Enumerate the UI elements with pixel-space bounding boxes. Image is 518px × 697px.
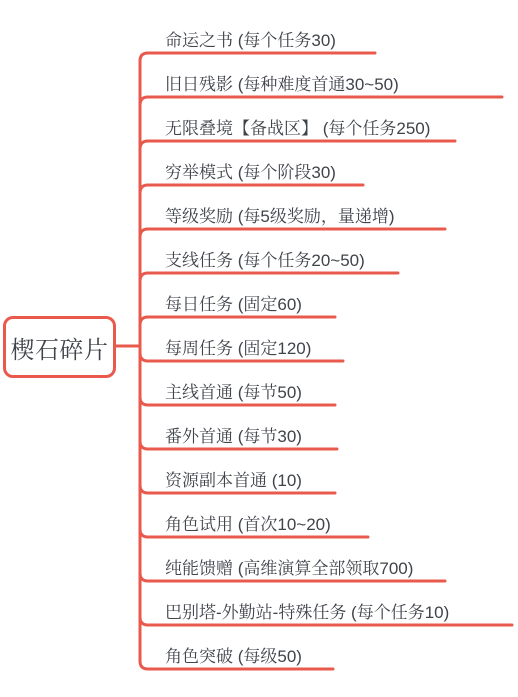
branch-topic-fanwaishoutong[interactable]: 番外首通 (每节30): [165, 426, 302, 448]
branch-topic-qiongjumoshi[interactable]: 穷举模式 (每个阶段30): [165, 162, 336, 184]
branch-underline: [140, 317, 335, 325]
branch-underline: [140, 141, 455, 149]
branch-topic-meirirenwu[interactable]: 每日任务 (固定60): [165, 294, 302, 316]
branch-topic-juesetupo[interactable]: 角色突破 (每级50): [165, 646, 302, 668]
branch-underline: [140, 229, 445, 237]
root-topic[interactable]: 楔石碎片: [3, 316, 116, 378]
branch-topic-chunnengkuizeng[interactable]: 纯能馈赠 (高维演算全部领取700): [165, 558, 413, 580]
branch-topic-jiuricanying[interactable]: 旧日残影 (每种难度首通30~50): [165, 74, 399, 96]
branch-topic-zhixianrenwu[interactable]: 支线任务 (每个任务20~50): [165, 250, 365, 272]
branch-underline: [140, 97, 502, 105]
branch-topic-dengjijiangli[interactable]: 等级奖励 (每5级奖励，量递增): [165, 206, 395, 228]
branch-topic-mingyunzhishu[interactable]: 命运之书 (每个任务30): [165, 30, 336, 52]
branch-underline: [140, 53, 375, 61]
mindmap-canvas: 楔石碎片 命运之书 (每个任务30) 旧日残影 (每种难度首通30~50) 无限…: [0, 0, 518, 697]
root-topic-label: 楔石碎片: [11, 330, 109, 365]
branch-topic-babieta[interactable]: 巴别塔-外勤站-特殊任务 (每个任务10): [165, 602, 449, 624]
branch-topic-jueseshiyong[interactable]: 角色试用 (首次10~20): [165, 514, 331, 536]
branch-topic-ziyuanfuben[interactable]: 资源副本首通 (10): [165, 470, 302, 492]
branch-underline: [140, 185, 363, 193]
branch-topic-meizhourenwu[interactable]: 每周任务 (固定120): [165, 338, 311, 360]
branch-topic-wuxiandiejing[interactable]: 无限叠境【备战区】 (每个任务250): [165, 118, 430, 140]
branch-topic-zhuxianshoutong[interactable]: 主线首通 (每节50): [165, 382, 302, 404]
branch-underline: [140, 273, 398, 281]
